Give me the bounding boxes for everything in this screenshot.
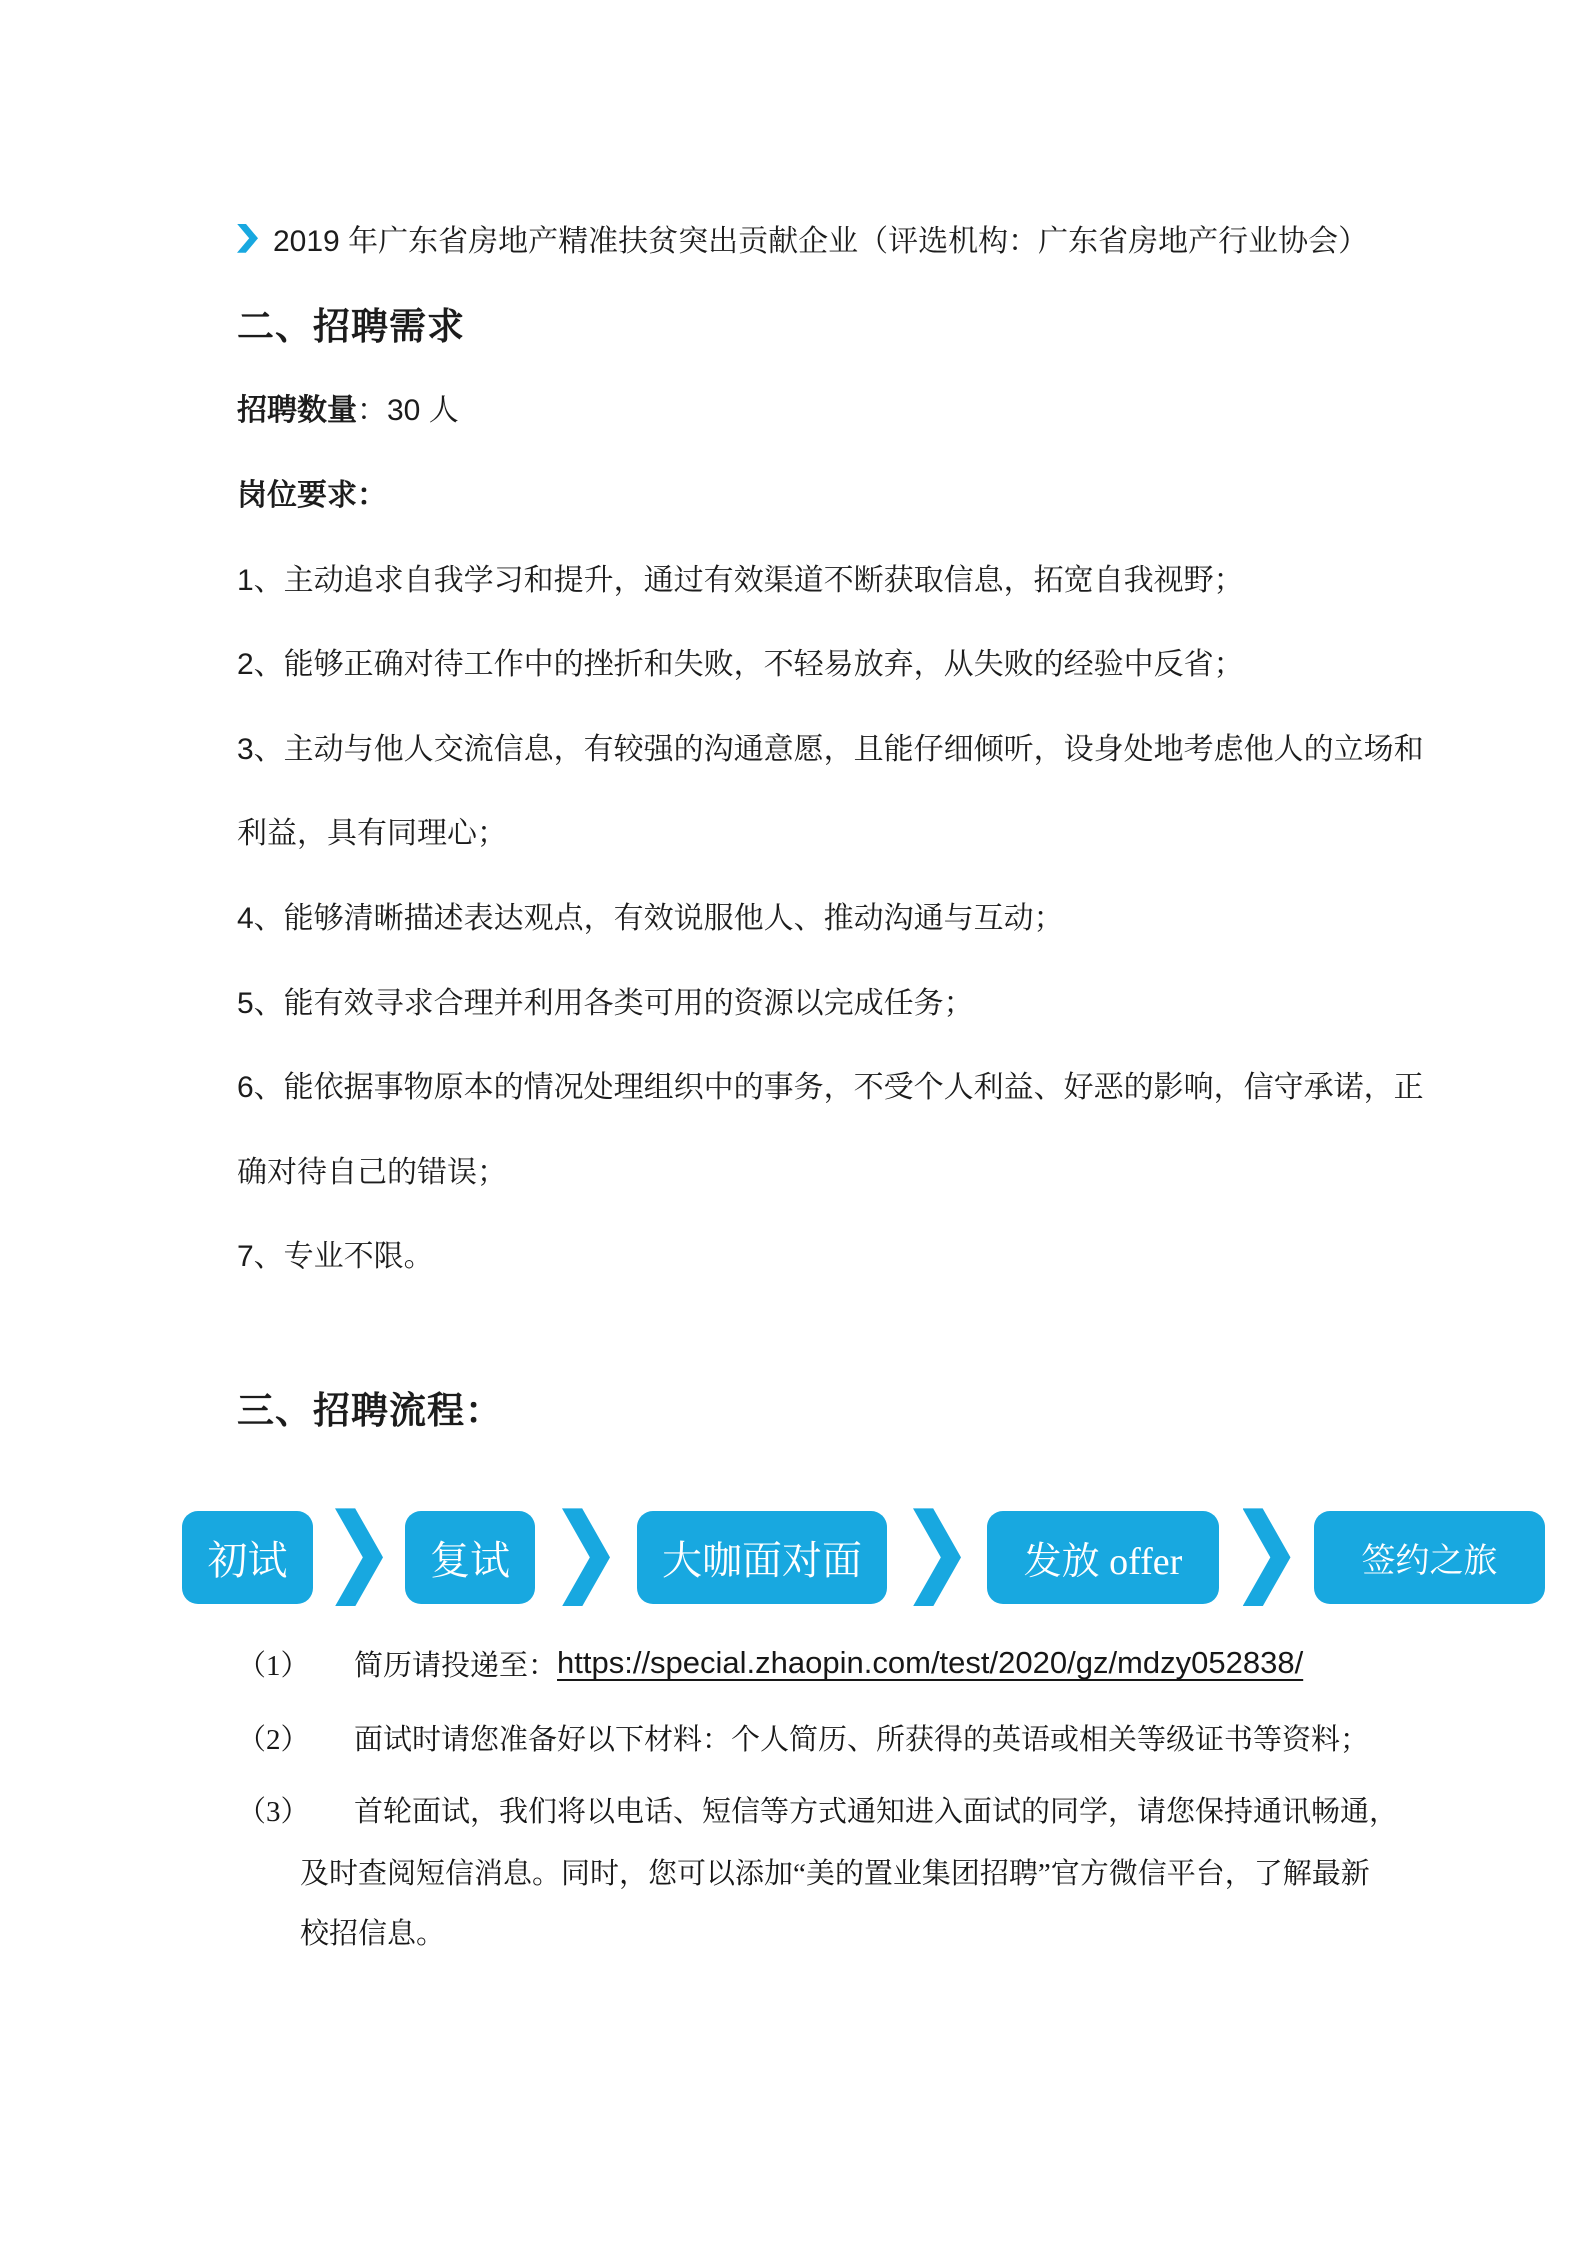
section2-heading: 二、招聘需求	[237, 281, 1437, 366]
note-text: 校招信息。	[300, 1911, 445, 1952]
note-line-continuation: 及时查阅短信消息。同时，您可以添加“美的置业集团招聘”官方微信平台，了解最新	[237, 1841, 1467, 1901]
flow-step-executive-meeting: 大咖面对面	[637, 1511, 887, 1604]
flow-arrow	[313, 1508, 405, 1606]
note-number: （2）	[237, 1717, 354, 1758]
note-line: （3） 首轮面试，我们将以电话、短信等方式通知进入面试的同学，请您保持通讯畅通，	[237, 1777, 1467, 1841]
note-text: 简历请投递至：	[354, 1643, 557, 1684]
requirement-line: 1、主动追求自我学习和提升，通过有效渠道不断获取信息，拓宽自我视野；	[237, 534, 1437, 619]
recruitment-flow-diagram: 初试 复试 大咖面对面 发放 offer	[182, 1509, 1587, 1605]
requirement-line: 2、能够正确对待工作中的挫折和失败，不轻易放弃，从失败的经验中反省；	[237, 619, 1437, 704]
flow-step-second-interview: 复试	[405, 1511, 535, 1604]
note-line: （1） 简历请投递至： https://special.zhaopin.com/…	[237, 1629, 1467, 1697]
flow-step-label: 初试	[208, 1529, 288, 1586]
requirements-label: 岗位要求：	[237, 450, 1437, 535]
arrow-right-icon	[1243, 1508, 1291, 1606]
flow-step-first-interview: 初试	[182, 1511, 313, 1604]
flow-arrow	[1219, 1508, 1314, 1606]
flow-arrow	[535, 1508, 637, 1606]
section3-heading: 三、招聘流程：	[237, 1365, 1437, 1450]
requirement-line: 7、专业不限。	[237, 1211, 1437, 1296]
requirement-line: 6、能依据事物原本的情况处理组织中的事务，不受个人利益、好恶的影响，信守承诺，正	[237, 1042, 1437, 1127]
arrow-right-icon	[562, 1508, 610, 1606]
note-number: （1）	[237, 1643, 354, 1684]
headcount-line: 招聘数量：30 人	[237, 365, 1437, 450]
process-notes: （1） 简历请投递至： https://special.zhaopin.com/…	[0, 1629, 1587, 1961]
chevron-bullet-icon	[237, 224, 258, 253]
note-text: 首轮面试，我们将以电话、短信等方式通知进入面试的同学，请您保持通讯畅通，	[354, 1789, 1398, 1830]
flow-step-label: 复试	[430, 1529, 510, 1586]
document-body: 2019 年广东省房地产精准扶贫突出贡献企业（评选机构：广东省房地产行业协会） …	[0, 0, 1587, 1961]
flow-step-label: 大咖面对面	[662, 1529, 862, 1586]
requirement-line: 3、主动与他人交流信息，有较强的沟通意愿，且能仔细倾听，设身处地考虑他人的立场和	[237, 704, 1437, 789]
arrow-right-icon	[913, 1508, 961, 1606]
note-text: 面试时请您准备好以下材料：个人简历、所获得的英语或相关等级证书等资料；	[354, 1717, 1369, 1758]
resume-link[interactable]: https://special.zhaopin.com/test/2020/gz…	[557, 1645, 1303, 1681]
award-line: 2019 年广东省房地产精准扶贫突出贡献企业（评选机构：广东省房地产行业协会）	[237, 196, 1437, 281]
requirement-line: 5、能有效寻求合理并利用各类可用的资源以完成任务；	[237, 957, 1437, 1042]
requirement-line: 利益，具有同理心；	[237, 788, 1437, 873]
note-line-continuation: 校招信息。	[237, 1901, 1467, 1961]
award-text: 2019 年广东省房地产精准扶贫突出贡献企业（评选机构：广东省房地产行业协会）	[273, 216, 1368, 260]
note-text: 及时查阅短信消息。同时，您可以添加“美的置业集团招聘”官方微信平台，了解最新	[300, 1851, 1370, 1892]
flow-step-offer: 发放 offer	[987, 1511, 1219, 1604]
requirement-line: 4、能够清晰描述表达观点，有效说服他人、推动沟通与互动；	[237, 873, 1437, 958]
arrow-right-icon	[335, 1508, 383, 1606]
headcount-label: 招聘数量	[237, 385, 357, 429]
note-line: （2） 面试时请您准备好以下材料：个人简历、所获得的英语或相关等级证书等资料；	[237, 1697, 1467, 1777]
requirement-line: 确对待自己的错误；	[237, 1127, 1437, 1212]
document-page: 2019 年广东省房地产精准扶贫突出贡献企业（评选机构：广东省房地产行业协会） …	[0, 0, 1587, 2245]
headcount-value: ：30 人	[357, 385, 459, 429]
note-number: （3）	[237, 1789, 354, 1830]
flow-step-signing-trip: 签约之旅	[1314, 1511, 1545, 1604]
flow-step-label: 签约之旅	[1362, 1533, 1498, 1582]
flow-step-label: 发放 offer	[1024, 1530, 1183, 1585]
flow-arrow	[887, 1508, 987, 1606]
